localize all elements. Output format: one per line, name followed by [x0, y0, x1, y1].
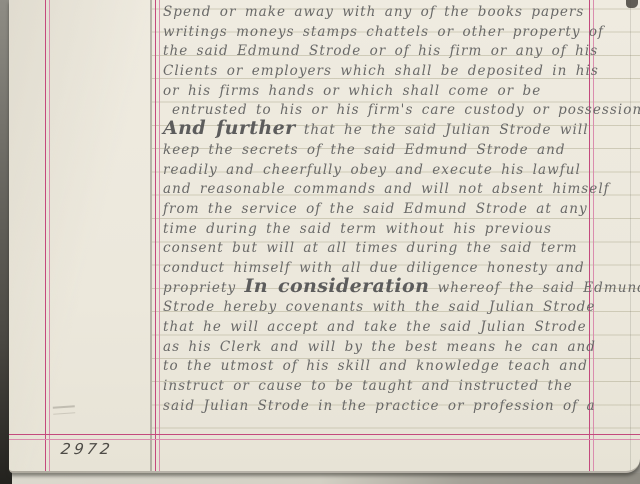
handwriting-segment: or his firms hands or which shall come o…: [163, 83, 541, 99]
ledger-page: Spend or make away with any of the books…: [9, 0, 640, 473]
fold-crease: [150, 0, 152, 471]
handwritten-line: Strode hereby covenants with the said Ju…: [163, 297, 595, 317]
corner-stain: [626, 0, 638, 8]
handwritten-line: from the service of the said Edmund Stro…: [163, 199, 595, 219]
margin-rule-left-inner: [155, 0, 160, 471]
handwriting-segment: whereof the said Edmund: [429, 280, 640, 296]
handwriting-segment: Spend or make away with any of the books…: [163, 4, 584, 20]
handwritten-line: readily and cheerfully obey and execute …: [163, 160, 595, 180]
emphasized-phrase: And further: [163, 117, 296, 139]
handwriting-segment: consent but will at all times during the…: [163, 240, 578, 256]
pencil-smudge: [53, 405, 76, 415]
handwritten-text-block: Spend or make away with any of the books…: [163, 2, 595, 415]
handwriting-segment: to the utmost of his skill and knowledge…: [163, 358, 588, 374]
handwritten-line: time during the said term without his pr…: [163, 219, 595, 239]
handwritten-line: keep the secrets of the said Edmund Stro…: [163, 140, 595, 160]
handwritten-line: Spend or make away with any of the books…: [163, 2, 595, 22]
handwriting-segment: writings moneys stamps chattels or other…: [163, 24, 604, 40]
handwriting-segment: from the service of the said Edmund Stro…: [163, 201, 588, 217]
handwriting-segment: readily and cheerfully obey and execute …: [163, 162, 581, 178]
handwritten-line: the said Edmund Strode or of his firm or…: [163, 41, 595, 61]
handwritten-line: or his firms hands or which shall come o…: [163, 81, 595, 101]
handwritten-line: consent but will at all times during the…: [163, 238, 595, 258]
handwriting-segment: entrusted to his or his firm's care cust…: [172, 102, 640, 118]
handwriting-segment: as his Clerk and will by the best means …: [163, 339, 596, 355]
handwritten-line: Clients or employers which shall be depo…: [163, 61, 595, 81]
handwritten-line: and reasonable commands and will not abs…: [163, 179, 595, 199]
scanned-document: Spend or make away with any of the books…: [0, 0, 640, 484]
handwritten-line: said Julian Strode in the practice or pr…: [163, 396, 595, 416]
page-right-edge-crease: [630, 0, 631, 471]
emphasized-phrase: In consideration: [244, 275, 429, 297]
handwriting-segment: said Julian Strode in the practice or pr…: [163, 398, 596, 414]
handwritten-line: that he will accept and take the said Ju…: [163, 317, 595, 337]
handwriting-segment: that he the said Julian Strode will: [296, 122, 589, 138]
handwriting-segment: Strode hereby covenants with the said Ju…: [163, 299, 595, 315]
handwritten-line: to the utmost of his skill and knowledge…: [163, 356, 595, 376]
handwriting-segment: keep the secrets of the said Edmund Stro…: [163, 142, 566, 158]
handwriting-segment: the said Edmund Strode or of his firm or…: [163, 43, 598, 59]
handwritten-line: propriety In consideration whereof the s…: [163, 278, 595, 298]
handwritten-line: writings moneys stamps chattels or other…: [163, 22, 595, 42]
handwriting-segment: conduct himself with all due diligence h…: [163, 260, 585, 276]
handwriting-segment: that he will accept and take the said Ju…: [163, 319, 587, 335]
handwriting-segment: and reasonable commands and will not abs…: [163, 181, 610, 197]
handwritten-line: instruct or cause to be taught and instr…: [163, 376, 595, 396]
handwritten-line: as his Clerk and will by the best means …: [163, 337, 595, 357]
handwriting-segment: propriety: [163, 280, 244, 296]
handwritten-line: And further that he the said Julian Stro…: [163, 120, 595, 140]
margin-rule-left-outer: [45, 0, 50, 471]
handwriting-segment: Clients or employers which shall be depo…: [163, 63, 599, 79]
page-number: 2972: [60, 440, 115, 458]
handwriting-segment: instruct or cause to be taught and instr…: [163, 378, 573, 394]
handwriting-segment: time during the said term without his pr…: [163, 221, 552, 237]
under-page-edge: [0, 473, 640, 484]
